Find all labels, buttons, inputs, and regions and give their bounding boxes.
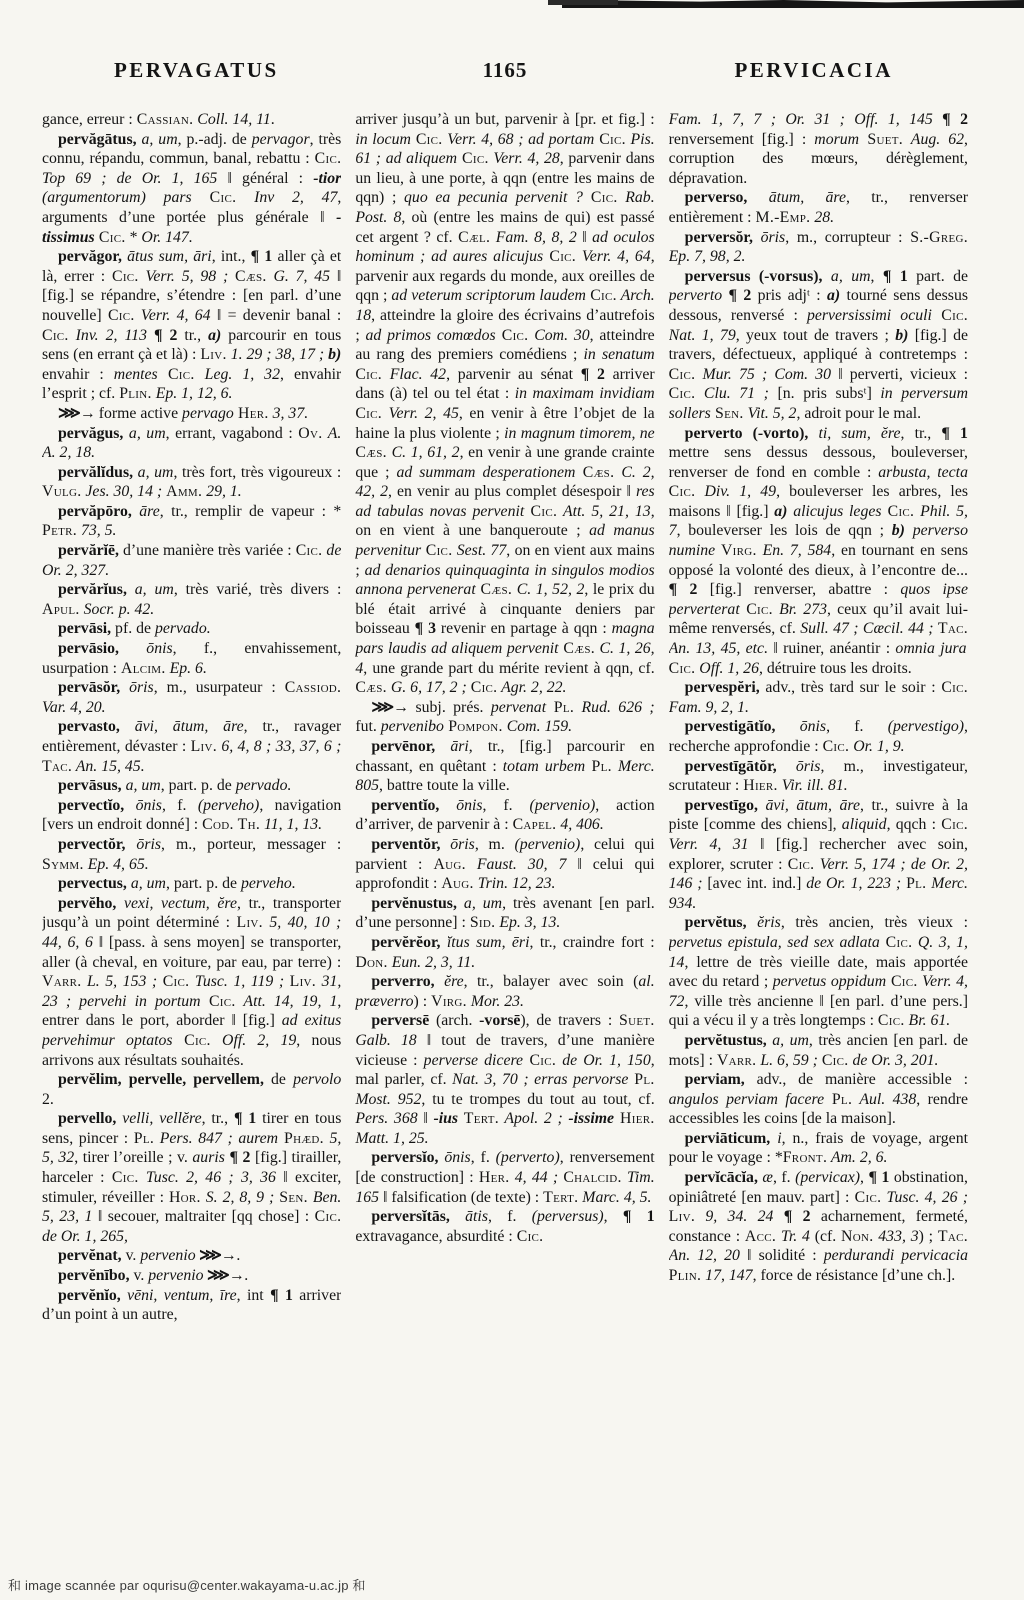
column-1: gance, erreur : Cassian. Coll. 14, 11.pe… xyxy=(42,110,341,1525)
dictionary-entry: ⋙→ subj. prés. pervenat Pl. Rud. 626 ; f… xyxy=(355,698,654,737)
dictionary-entry: pervestīgo, āvi, ātum, āre, tr., suivre … xyxy=(669,796,968,914)
dictionary-entry: pervectus, a, um, part. p. de perveho. xyxy=(42,874,341,894)
running-title-right: PERVICACIA xyxy=(659,58,968,83)
scan-artifact-mark xyxy=(548,0,618,5)
dictionary-entry: pervāsŏr, ōris, m., usurpateur : Cassiod… xyxy=(42,678,341,717)
scan-credit-footer: 和 image scannée par oqurisu@center.wakay… xyxy=(8,1575,366,1594)
dictionary-entry: pervĕnustus, a, um, très avenant [en par… xyxy=(355,894,654,933)
dictionary-entry: pervĕtus, ĕris, très ancien, très vieux … xyxy=(669,913,968,1031)
dictionary-entry: perversē (arch. -vorsē), de travers : Su… xyxy=(355,1011,654,1148)
dictionary-entry: pervāsio, ōnis, f., envahissement, usurp… xyxy=(42,639,341,678)
dictionary-entry: pervāsus, a, um, part. p. de pervado. xyxy=(42,776,341,796)
dictionary-entry: perventĭo, ōnis, f. (pervenio), action d… xyxy=(355,796,654,835)
dictionary-entry: pervāsi, pf. de pervado. xyxy=(42,619,341,639)
entry-continuation: arriver jusqu’à un but, parvenir à [pr. … xyxy=(355,110,654,698)
page-number: 1165 xyxy=(351,58,660,83)
dictionary-entry: pervĕnībo, v. pervenio ⋙→. xyxy=(42,1266,341,1286)
text-columns: gance, erreur : Cassian. Coll. 14, 11.pe… xyxy=(42,110,968,1525)
dictionary-entry: pervĭcācĭa, æ, f. (pervicax), ¶ 1 obstin… xyxy=(669,1168,968,1286)
dictionary-entry: pervestigātĭo, ōnis, f. (pervestigo), re… xyxy=(669,717,968,756)
dictionary-entry: pervĕrĕor, ĭtus sum, ēri, tr., craindre … xyxy=(355,933,654,972)
running-title-left: PERVAGATUS xyxy=(42,58,351,83)
dictionary-entry: pervăpōro, āre, tr., remplir de vapeur :… xyxy=(42,502,341,541)
dictionary-entry: pervăgor, ātus sum, āri, int., ¶ 1 aller… xyxy=(42,247,341,404)
dictionary-entry: ⋙→ forme active pervago Her. 3, 37. xyxy=(42,404,341,424)
dictionary-entry: perverro, ĕre, tr., balayer avec soin (a… xyxy=(355,972,654,1011)
dictionary-entry: perviam, adv., de manière accessible : a… xyxy=(669,1070,968,1129)
dictionary-entry: pervĕho, vexi, vectum, ĕre, tr., transpo… xyxy=(42,894,341,1070)
column-3: Fam. 1, 7, 7 ; Or. 31 ; Off. 1, 145 ¶ 2 … xyxy=(669,110,968,1525)
dictionary-entry: perventŏr, ōris, m. (pervenio), celui qu… xyxy=(355,835,654,894)
dictionary-entry: pervăgātus, a, um, p.-adj. de pervagor, … xyxy=(42,130,341,248)
dictionary-entry: pervărĭus, a, um, très varié, très diver… xyxy=(42,580,341,619)
dictionary-entry: pervectŏr, ōris, m., porteur, messager :… xyxy=(42,835,341,874)
dictionary-entry: pervălĭdus, a, um, très fort, très vigou… xyxy=(42,463,341,502)
entry-continuation: gance, erreur : Cassian. Coll. 14, 11. xyxy=(42,110,341,130)
dictionary-entry: perverto (-vorto), ti, sum, ĕre, tr., ¶ … xyxy=(669,424,968,679)
dictionary-entry: perversus (-vorsus), a, um, ¶ 1 part. de… xyxy=(669,267,968,424)
scan-artifact-strip xyxy=(562,0,1024,8)
dictionary-entry: pervăgus, a, um, errant, vagabond : Ov. … xyxy=(42,424,341,463)
dictionary-entry: pervărĭē, d’une manière très variée : Ci… xyxy=(42,541,341,580)
page-header: PERVAGATUS 1165 PERVICACIA xyxy=(42,0,968,83)
dictionary-entry: pervĕnat, v. pervenio ⋙→. xyxy=(42,1246,341,1266)
dictionary-entry: perversŏr, ōris, m., corrupteur : S.-Gre… xyxy=(669,228,968,267)
dictionary-entry: pervectĭo, ōnis, f. (perveho), navigatio… xyxy=(42,796,341,835)
scanned-dictionary-page: { "header": { "left_title": "PERVAGATUS"… xyxy=(0,0,1024,1600)
dictionary-entry: perverso, ātum, āre, tr., renverser enti… xyxy=(669,188,968,227)
page: PERVAGATUS 1165 PERVICACIA gance, erreur… xyxy=(0,0,1024,1525)
entry-continuation: Fam. 1, 7, 7 ; Or. 31 ; Off. 1, 145 ¶ 2 … xyxy=(669,110,968,188)
dictionary-entry: perviāticum, i, n., frais de voyage, arg… xyxy=(669,1129,968,1168)
dictionary-entry: pervĕtustus, a, um, très ancien [en parl… xyxy=(669,1031,968,1070)
dictionary-entry: pervēnor, āri, tr., [fig.] parcourir en … xyxy=(355,737,654,796)
dictionary-entry: perversĭo, ōnis, f. (perverto), renverse… xyxy=(355,1148,654,1207)
dictionary-entry: pervestīgātŏr, ōris, m., investigateur, … xyxy=(669,757,968,796)
dictionary-entry: pervĕnĭo, vēni, ventum, īre, int ¶ 1 arr… xyxy=(42,1286,341,1325)
dictionary-entry: pervello, velli, vellĕre, tr., ¶ 1 tirer… xyxy=(42,1109,341,1246)
dictionary-entry: pervespĕri, adv., très tard sur le soir … xyxy=(669,678,968,717)
column-2: arriver jusqu’à un but, parvenir à [pr. … xyxy=(355,110,654,1525)
dictionary-entry: pervĕlim, pervelle, pervellem, de pervol… xyxy=(42,1070,341,1109)
dictionary-entry: perversĭtās, ātis, f. (perversus), ¶ 1 e… xyxy=(355,1207,654,1246)
dictionary-entry: pervasto, āvi, ātum, āre, tr., ravager e… xyxy=(42,717,341,776)
